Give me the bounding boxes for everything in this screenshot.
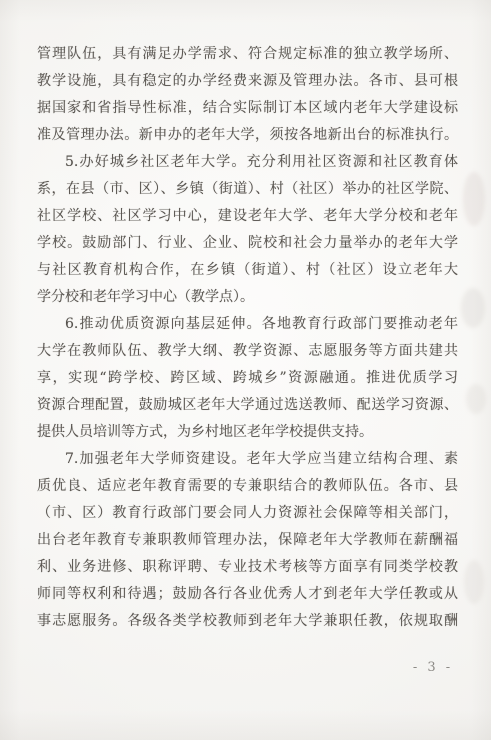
scan-smudge bbox=[464, 560, 484, 604]
document-body: 管理队伍，具有满足办学需求、符合规定标准的独立教学场所、 教学设施，具有稳定的办… bbox=[37, 41, 458, 635]
scan-smudge bbox=[461, 288, 485, 328]
text-line: 社区学校、社区学习中心，建设老年大学、老年大学分校和老年 bbox=[37, 203, 458, 230]
text-line: 教学设施，具有稳定的办学经费来源及管理办法。各市、县可根 bbox=[37, 68, 458, 95]
text-line: 准及管理办法。新申办的老年大学，须按各地新出台的标准执行。 bbox=[37, 122, 458, 149]
text-line: 质优良、适应老年教育需要的专兼职结合的教师队伍。各市、县 bbox=[37, 473, 458, 500]
text-line: 学校。鼓励部门、行业、企业、院校和社会力量举办的老年大学 bbox=[37, 230, 458, 257]
document-page: 管理队伍，具有满足办学需求、符合规定标准的独立教学场所、 教学设施，具有稳定的办… bbox=[0, 0, 491, 740]
text-line: 资源合理配置，鼓励城区老年大学通过选送教师、配送学习资源、 bbox=[37, 392, 458, 419]
text-line-paragraph-start: 7.加强老年大学师资建设。老年大学应当建立结构合理、素 bbox=[37, 446, 458, 473]
text-line: 出台老年教育专兼职教师管理办法，保障老年大学教师在薪酬福 bbox=[37, 527, 458, 554]
text-line: 事志愿服务。各级各类学校教师到老年大学兼职任教，依规取酬 bbox=[37, 608, 458, 635]
text-line: 管理队伍，具有满足办学需求、符合规定标准的独立教学场所、 bbox=[37, 41, 458, 68]
text-line: 系，在县（市、区）、乡镇（街道）、村（社区）举办的社区学院、 bbox=[37, 176, 458, 203]
text-line-paragraph-start: 5.办好城乡社区老年大学。充分利用社区资源和社区教育体 bbox=[37, 149, 458, 176]
text-line-paragraph-end: 学分校和老年学习中心（教学点）。 bbox=[37, 284, 458, 311]
text-line: 大学在教师队伍、教学大纲、教学资源、志愿服务等方面共建共 bbox=[37, 338, 458, 365]
text-line-paragraph-start: 6.推动优质资源向基层延伸。各地教育行政部门要推动老年 bbox=[37, 311, 458, 338]
text-line: 师同等权利和待遇；鼓励各行各业优秀人才到老年大学任教或从 bbox=[37, 581, 458, 608]
scan-smudge bbox=[463, 172, 485, 226]
text-line: 利、业务进修、职称评聘、专业技术考核等方面享有同类学校教 bbox=[37, 554, 458, 581]
text-line: 享，实现“跨学校、跨区域、跨城乡”资源融通。推进优质学习 bbox=[37, 365, 458, 392]
text-line: 与社区教育机构合作，在乡镇（街道）、村（社区）设立老年大 bbox=[37, 257, 458, 284]
page-number: - 3 - bbox=[398, 658, 468, 678]
scan-smudge bbox=[466, 384, 486, 414]
text-line-paragraph-end: 提供人员培训等方式，为乡村地区老年学校提供支持。 bbox=[37, 419, 458, 446]
text-line: （市、区）教育行政部门要会同人力资源社会保障等相关部门， bbox=[37, 500, 458, 527]
text-line: 据国家和省指导性标准，结合实际制订本区域内老年大学建设标 bbox=[37, 95, 458, 122]
